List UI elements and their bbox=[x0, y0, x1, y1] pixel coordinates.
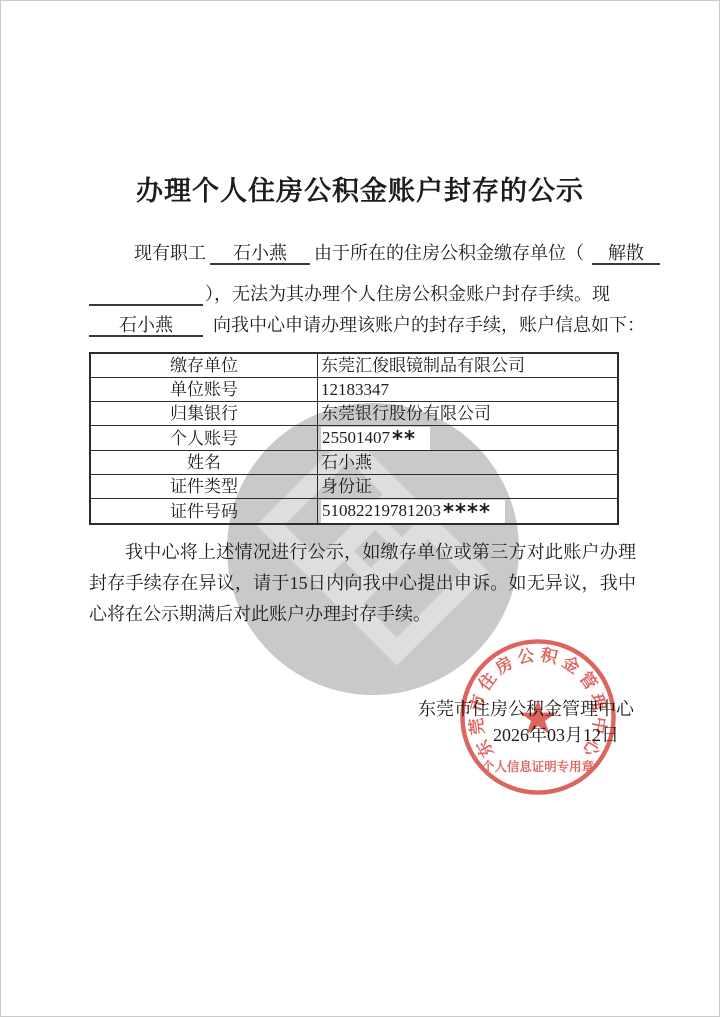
intro-line-2: ），无法为其办理个人住房公积金账户封存手续。现 bbox=[89, 280, 610, 310]
official-stamp: 东莞市住房公积金管理中心 ★ 个人信息证明专用章 bbox=[458, 637, 618, 797]
page-title: 办理个人住房公积金账户封存的公示 bbox=[1, 169, 719, 208]
employee-name-blank: 石小燕 bbox=[210, 239, 310, 265]
value-text: 石小燕 bbox=[321, 453, 372, 472]
stamp-banner-text: 个人信息证明专用章 bbox=[482, 759, 595, 774]
document-page: 办理个人住房公积金账户封存的公示 现有职工石小燕由于所在的住房公积金缴存单位（解… bbox=[0, 0, 720, 1017]
intro-line2-text: ），无法为其办理个人住房公积金账户封存手续。现 bbox=[205, 284, 610, 304]
stamp-star-icon: ★ bbox=[516, 690, 559, 746]
field-label: 缴存单位 bbox=[90, 353, 318, 378]
field-value: 石小燕 bbox=[318, 451, 619, 475]
table-row: 归集银行东莞银行股份有限公司 bbox=[90, 402, 618, 426]
intro-paragraph: 现有职工石小燕由于所在的住房公积金缴存单位（解散 ），无法为其办理个人住房公积金… bbox=[89, 239, 649, 349]
unit-status-blank: 解散 bbox=[592, 239, 660, 265]
field-value: 12183347 bbox=[318, 378, 619, 402]
field-label: 姓名 bbox=[90, 451, 318, 475]
field-value: 51082219781203**** bbox=[318, 499, 619, 525]
value-text: 12183347 bbox=[321, 380, 389, 399]
field-label: 归集银行 bbox=[90, 402, 318, 426]
empty-blank bbox=[89, 280, 203, 306]
field-value: 东莞汇俊眼镜制品有限公司 bbox=[318, 353, 619, 378]
intro-line-1: 现有职工石小燕由于所在的住房公积金缴存单位（解散 bbox=[89, 239, 660, 269]
table-row: 单位账号12183347 bbox=[90, 378, 618, 402]
intro-line3-text: 向我中心申请办理该账户的封存手续，账户信息如下： bbox=[213, 315, 645, 335]
masked-digits: **** bbox=[443, 500, 491, 524]
employee-name-2: 石小燕 bbox=[119, 315, 173, 335]
field-label: 证件号码 bbox=[90, 499, 318, 525]
masked-digits: ** bbox=[392, 427, 416, 451]
employee-name: 石小燕 bbox=[233, 243, 287, 263]
value-text: 25501407 bbox=[322, 428, 390, 447]
intro-line-3: 石小燕向我中心申请办理该账户的封存手续，账户信息如下： bbox=[89, 311, 645, 341]
unit-status: 解散 bbox=[608, 243, 644, 263]
field-label: 单位账号 bbox=[90, 378, 318, 402]
table-row: 证件类型身份证 bbox=[90, 475, 618, 499]
value-text: 身份证 bbox=[321, 477, 372, 496]
notice-paragraph: 我中心将上述情况进行公示，如缴存单位或第三方对此账户办理封存手续存在异议，请于1… bbox=[89, 537, 636, 630]
account-table-body: 缴存单位东莞汇俊眼镜制品有限公司单位账号12183347归集银行东莞银行股份有限… bbox=[90, 353, 618, 524]
value-text: 东莞银行股份有限公司 bbox=[321, 404, 491, 423]
field-value: 身份证 bbox=[318, 475, 619, 499]
field-label: 个人账号 bbox=[90, 426, 318, 451]
table-row: 证件号码51082219781203**** bbox=[90, 499, 618, 525]
value-text: 东莞汇俊眼镜制品有限公司 bbox=[321, 356, 525, 375]
employee-name-blank-2: 石小燕 bbox=[89, 311, 203, 337]
field-value: 25501407** bbox=[318, 426, 619, 451]
intro-prefix: 现有职工 bbox=[134, 243, 206, 263]
field-value: 东莞银行股份有限公司 bbox=[318, 402, 619, 426]
field-label: 证件类型 bbox=[90, 475, 318, 499]
value-text: 51082219781203 bbox=[322, 501, 441, 520]
table-row: 姓名石小燕 bbox=[90, 451, 618, 475]
table-row: 个人账号25501407** bbox=[90, 426, 618, 451]
account-info-table: 缴存单位东莞汇俊眼镜制品有限公司单位账号12183347归集银行东莞银行股份有限… bbox=[89, 352, 619, 525]
table-row: 缴存单位东莞汇俊眼镜制品有限公司 bbox=[90, 353, 618, 378]
intro-after-name: 由于所在的住房公积金缴存单位（ bbox=[314, 243, 584, 263]
